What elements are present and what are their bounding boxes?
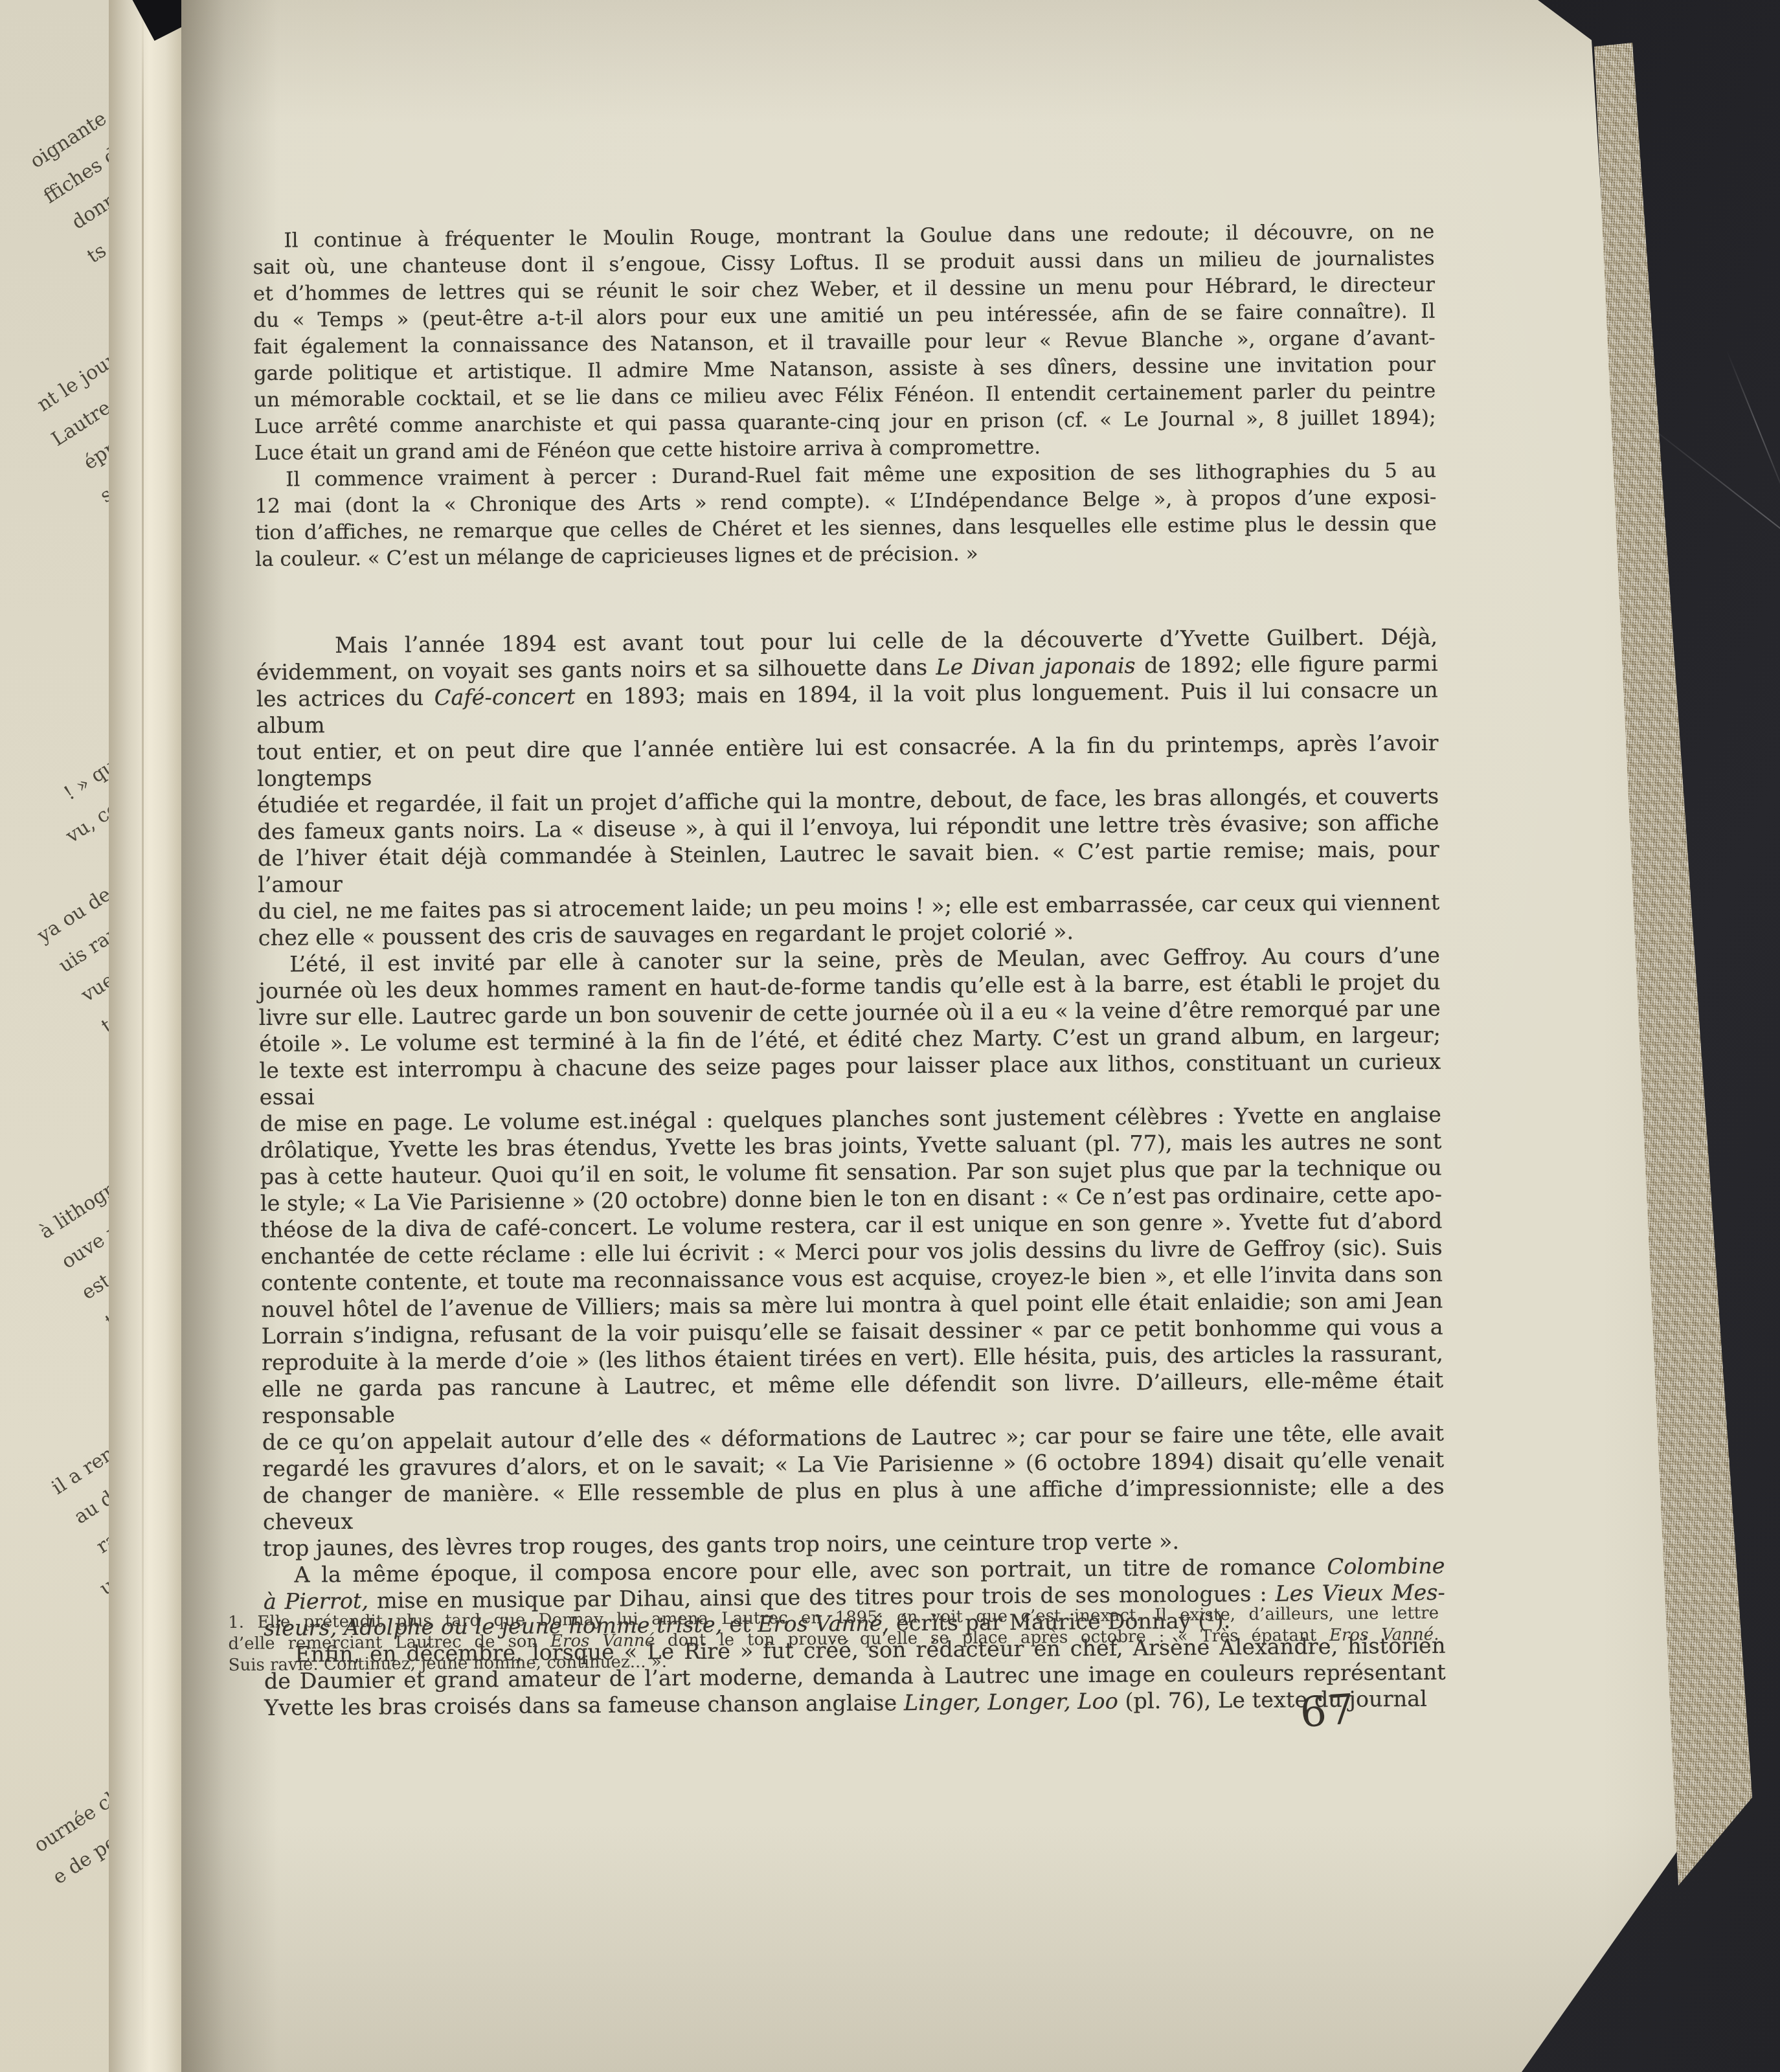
book-page: Il continue à fréquenter le Moulin Rouge… xyxy=(0,0,1780,2072)
text-line: de l’hiver était déjà commandée à Steinl… xyxy=(258,836,1440,898)
paragraph: Mais l’année 1894 est avant tout pour lu… xyxy=(256,624,1440,951)
facing-page-edge: oignante afficheffiches dessinéesdonné a… xyxy=(0,0,181,2072)
page-text-block: Il continue à fréquenter le Moulin Rouge… xyxy=(253,205,1446,1721)
page-curl xyxy=(109,0,181,2072)
text-line: les actrices du Café-concert en 1893; ma… xyxy=(256,677,1439,739)
text-line: le texte est interrompu à chacune des se… xyxy=(259,1048,1441,1110)
paragraph: Il commence vraiment à percer : Durand-R… xyxy=(254,458,1437,573)
paragraph: Il continue à fréquenter le Moulin Rouge… xyxy=(253,219,1436,467)
text-line: de changer de manière. « Elle ressemble … xyxy=(262,1473,1445,1535)
footnote: 1. Elle prétendit plus tard que Donnay l… xyxy=(228,1603,1439,1676)
page-number: 67 xyxy=(1299,1685,1357,1737)
paragraph: L’été, il est invité par elle à canoter … xyxy=(258,942,1445,1562)
text-line: elle ne garda pas rancune à Lautrec, et … xyxy=(262,1367,1444,1429)
page-curl-crease xyxy=(142,0,144,2072)
text-line: tout entier, et on peut dire que l’année… xyxy=(256,730,1439,792)
